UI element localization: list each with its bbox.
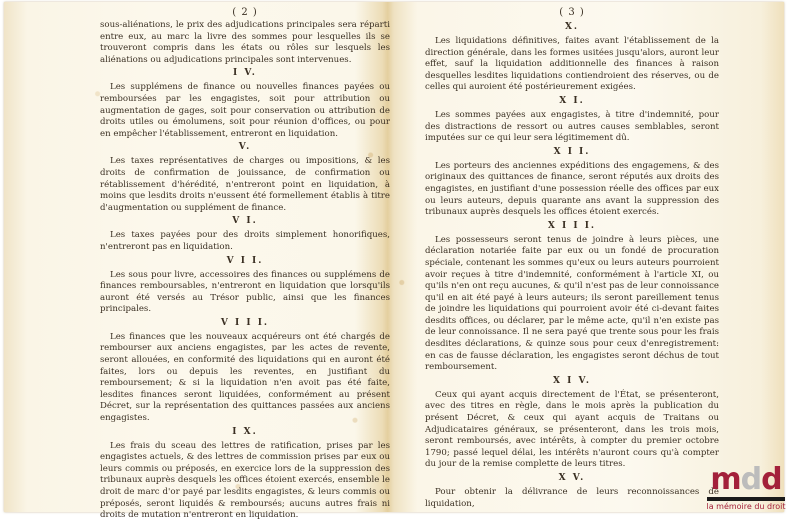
article-number: V I I I. bbox=[100, 317, 390, 330]
article-number: X. bbox=[425, 21, 719, 34]
mdd-watermark-logo: mdd la mémoire du droit bbox=[703, 465, 789, 521]
article-text: Les taxes représentatives de charges ou … bbox=[100, 156, 390, 214]
article-text: Les sous pour livre, accessoires des fin… bbox=[100, 270, 390, 316]
article-text: Les porteurs des anciennes expéditions d… bbox=[425, 161, 719, 219]
article-text: Les finances que les nouveaux acquéreurs… bbox=[100, 332, 390, 425]
article-text: Les frais du sceau des lettres de ratifi… bbox=[100, 441, 390, 522]
logo-wordmark: mdd bbox=[703, 465, 789, 495]
page-number: ( 3 ) bbox=[425, 6, 719, 20]
article-text: Les possesseurs seront tenus de joindre … bbox=[425, 235, 719, 374]
article-number: I V. bbox=[100, 67, 390, 80]
logo-m: m bbox=[710, 462, 740, 497]
article-text: Les sommes payées aux engagistes, à titr… bbox=[425, 110, 719, 145]
article-number: V. bbox=[100, 141, 390, 154]
article-number: V I I. bbox=[100, 255, 390, 268]
article-number: V I. bbox=[100, 215, 390, 228]
article-number: X V. bbox=[425, 472, 719, 485]
article-text: Pour obtenir la délivrance de leurs reco… bbox=[425, 487, 719, 510]
opening-paragraph: sous-aliénations, le prix des adjudicati… bbox=[100, 20, 390, 66]
article-text: Ceux qui ayant acquis directement de l'É… bbox=[425, 390, 719, 471]
logo-d: d bbox=[761, 462, 781, 497]
document-spread: ( 2 ) sous-aliénations, le prix des adju… bbox=[4, 2, 784, 512]
article-number: X I V. bbox=[425, 375, 719, 388]
page-number: ( 2 ) bbox=[100, 6, 390, 20]
right-page: ( 3 ) X. Les liquidations définitives, f… bbox=[425, 2, 719, 511]
article-text: Les taxes payées pour des droits simplem… bbox=[100, 230, 390, 253]
article-number: X I I. bbox=[425, 146, 719, 159]
left-page: ( 2 ) sous-aliénations, le prix des adju… bbox=[100, 2, 390, 522]
article-number: X I. bbox=[425, 95, 719, 108]
article-number: I X. bbox=[100, 426, 390, 439]
logo-divider bbox=[707, 497, 785, 501]
logo-tagline: la mémoire du droit bbox=[703, 502, 789, 511]
logo-d-light: d bbox=[741, 462, 761, 497]
article-text: Les liquidations définitives, faites ava… bbox=[425, 36, 719, 94]
article-number: X I I I. bbox=[425, 220, 719, 233]
article-text: Les supplémens de finance ou nouvelles f… bbox=[100, 82, 390, 140]
